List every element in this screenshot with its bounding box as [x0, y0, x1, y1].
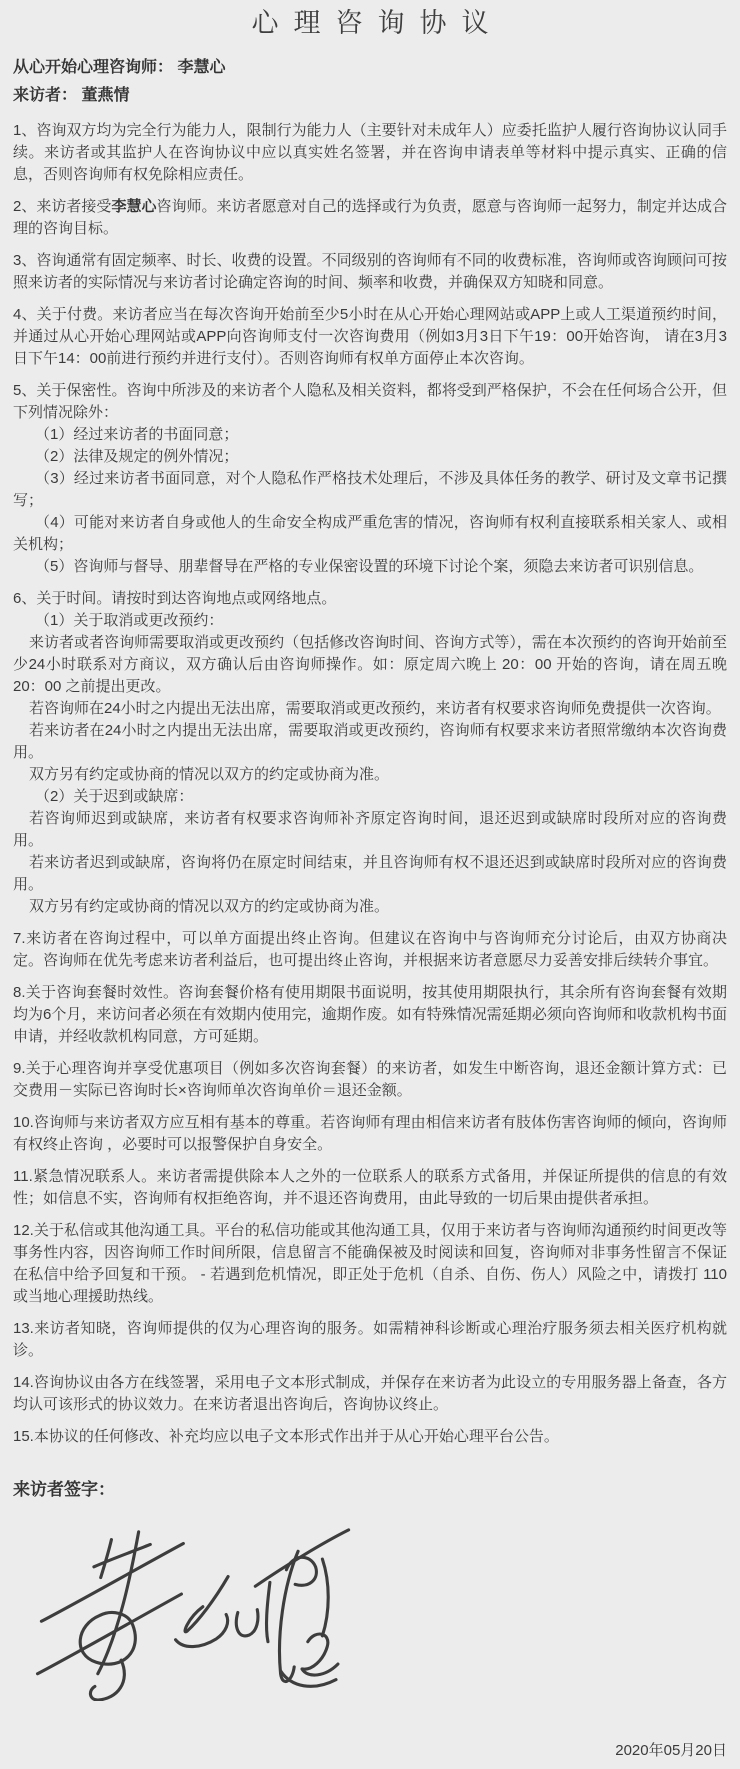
clause-line: 15.本协议的任何修改、补充均应以电子文本形式作出并于从心开始心理平台公告。 [13, 1426, 727, 1448]
clause-line: 14.咨询协议由各方在线签署，采用电子文本形式制成，并保存在来访者为此设立的专用… [13, 1372, 727, 1416]
clause-block: 8.关于咨询套餐时效性。咨询套餐价格有使用期限书面说明，按其使用期限执行，其余所… [13, 982, 727, 1048]
clause-line: 8.关于咨询套餐时效性。咨询套餐价格有使用期限书面说明，按其使用期限执行，其余所… [13, 982, 727, 1048]
clause-block: 12.关于私信或其他沟通工具。平台的私信功能或其他沟通工具，仅用于来访者与咨询师… [13, 1220, 727, 1308]
counselor-line: 从心开始心理咨询师： 李慧心 [13, 54, 727, 82]
agreement-page: 心理咨询协议 从心开始心理咨询师： 李慧心 来访者： 董燕情 1、咨询双方均为完… [0, 0, 740, 1769]
clause-line: 2、来访者接受李慧心咨询师。来访者愿意对自己的选择或行为负责，愿意与咨询师一起努… [13, 196, 727, 240]
clause-line: 6、关于时间。请按时到达咨询地点或网络地点。 [13, 588, 727, 610]
clause-line: 来访者或者咨询师需要取消或更改预约（包括修改咨询时间、咨询方式等），需在本次预约… [13, 632, 727, 698]
clause-line: 1、咨询双方均为完全行为能力人，限制行为能力人（主要针对未成年人）应委托监护人履… [13, 120, 727, 186]
clause-block: 3、咨询通常有固定频率、时长、收费的设置。不同级别的咨询师有不同的收费标准，咨询… [13, 250, 727, 294]
clause-line: 11.紧急情况联系人。来访者需提供除本人之外的一位联系人的联系方式备用，并保证所… [13, 1166, 727, 1210]
clause-line: （5）咨询师与督导、朋辈督导在严格的专业保密设置的环境下讨论个案，须隐去来访者可… [13, 556, 727, 578]
clause-line: 5、关于保密性。咨询中所涉及的来访者个人隐私及相关资料，都将受到严格保护，不会在… [13, 380, 727, 424]
clauses: 1、咨询双方均为完全行为能力人，限制行为能力人（主要针对未成年人）应委托监护人履… [13, 120, 727, 1448]
clause-block: 10.咨询师与来访者双方应互相有基本的尊重。若咨询师有理由相信来访者有肢体伤害咨… [13, 1112, 727, 1156]
page-title: 心理咨询协议 [13, 6, 727, 40]
clause-block: 9.关于心理咨询并享受优惠项目（例如多次咨询套餐）的来访者，如发生中断咨询，退还… [13, 1058, 727, 1102]
clause-block: 4、关于付费。来访者应当在每次咨询开始前至少5小时在从心开始心理网站或APP上或… [13, 304, 727, 370]
clause-line: 若咨询师迟到或缺席，来访者有权要求咨询师补齐原定咨询时间，退还迟到或缺席时段所对… [13, 808, 727, 852]
clause-block: 15.本协议的任何修改、补充均应以电子文本形式作出并于从心开始心理平台公告。 [13, 1426, 727, 1448]
counselor-name-emphasis: 李慧心 [111, 198, 156, 215]
agreement-date: 2020年05月20日 [13, 1741, 727, 1761]
signature-label: 来访者签字： [13, 1478, 727, 1502]
clause-line: 双方另有约定或协商的情况以双方的约定或协商为准。 [13, 764, 727, 786]
clause-line: （1）关于取消或更改预约： [13, 610, 727, 632]
clause-line: 若咨询师在24小时之内提出无法出席，需要取消或更改预约，来访者有权要求咨询师免费… [13, 698, 727, 720]
clause-line: （2）关于迟到或缺席： [13, 786, 727, 808]
clause-block: 6、关于时间。请按时到达咨询地点或网络地点。（1）关于取消或更改预约：来访者或者… [13, 588, 727, 918]
clause-block: 2、来访者接受李慧心咨询师。来访者愿意对自己的选择或行为负责，愿意与咨询师一起努… [13, 196, 727, 240]
clause-line: （1）经过来访者的书面同意； [13, 424, 727, 446]
clause-line: （3）经过来访者书面同意，对个人隐私作严格技术处理后，不涉及具体任务的教学、研讨… [13, 468, 727, 512]
clause-line: 双方另有约定或协商的情况以双方的约定或协商为准。 [13, 896, 727, 918]
visitor-line: 来访者： 董燕情 [13, 82, 727, 110]
clause-block: 5、关于保密性。咨询中所涉及的来访者个人隐私及相关资料，都将受到严格保护，不会在… [13, 380, 727, 578]
clause-line: （2）法律及规定的例外情况； [13, 446, 727, 468]
clause-block: 7.来访者在咨询过程中，可以单方面提出终止咨询。但建议在咨询中与咨询师充分讨论后… [13, 928, 727, 972]
clause-text: 2、来访者接受 [13, 198, 111, 215]
clause-line: 若来访者在24小时之内提出无法出席，需要取消或更改预约，咨询师有权要求来访者照常… [13, 720, 727, 764]
clause-line: 13.来访者知晓，咨询师提供的仅为心理咨询的服务。如需精神科诊断或心理治疗服务须… [13, 1318, 727, 1362]
clause-line: （4）可能对来访者自身或他人的生命安全构成严重危害的情况，咨询师有权利直接联系相… [13, 512, 727, 556]
visitor-signature [31, 1526, 361, 1701]
clause-line: 9.关于心理咨询并享受优惠项目（例如多次咨询套餐）的来访者，如发生中断咨询，退还… [13, 1058, 727, 1102]
clause-line: 4、关于付费。来访者应当在每次咨询开始前至少5小时在从心开始心理网站或APP上或… [13, 304, 727, 370]
clause-block: 1、咨询双方均为完全行为能力人，限制行为能力人（主要针对未成年人）应委托监护人履… [13, 120, 727, 186]
clause-block: 13.来访者知晓，咨询师提供的仅为心理咨询的服务。如需精神科诊断或心理治疗服务须… [13, 1318, 727, 1362]
clause-block: 14.咨询协议由各方在线签署，采用电子文本形式制成，并保存在来访者为此设立的专用… [13, 1372, 727, 1416]
clause-line: 10.咨询师与来访者双方应互相有基本的尊重。若咨询师有理由相信来访者有肢体伤害咨… [13, 1112, 727, 1156]
clause-line: 12.关于私信或其他沟通工具。平台的私信功能或其他沟通工具，仅用于来访者与咨询师… [13, 1220, 727, 1308]
clause-line: 若来访者迟到或缺席，咨询将仍在原定时间结束，并且咨询师有权不退还迟到或缺席时段所… [13, 852, 727, 896]
clause-line: 3、咨询通常有固定频率、时长、收费的设置。不同级别的咨询师有不同的收费标准，咨询… [13, 250, 727, 294]
signature-drawing [31, 1526, 361, 1701]
clause-line: 7.来访者在咨询过程中，可以单方面提出终止咨询。但建议在咨询中与咨询师充分讨论后… [13, 928, 727, 972]
clause-block: 11.紧急情况联系人。来访者需提供除本人之外的一位联系人的联系方式备用，并保证所… [13, 1166, 727, 1210]
